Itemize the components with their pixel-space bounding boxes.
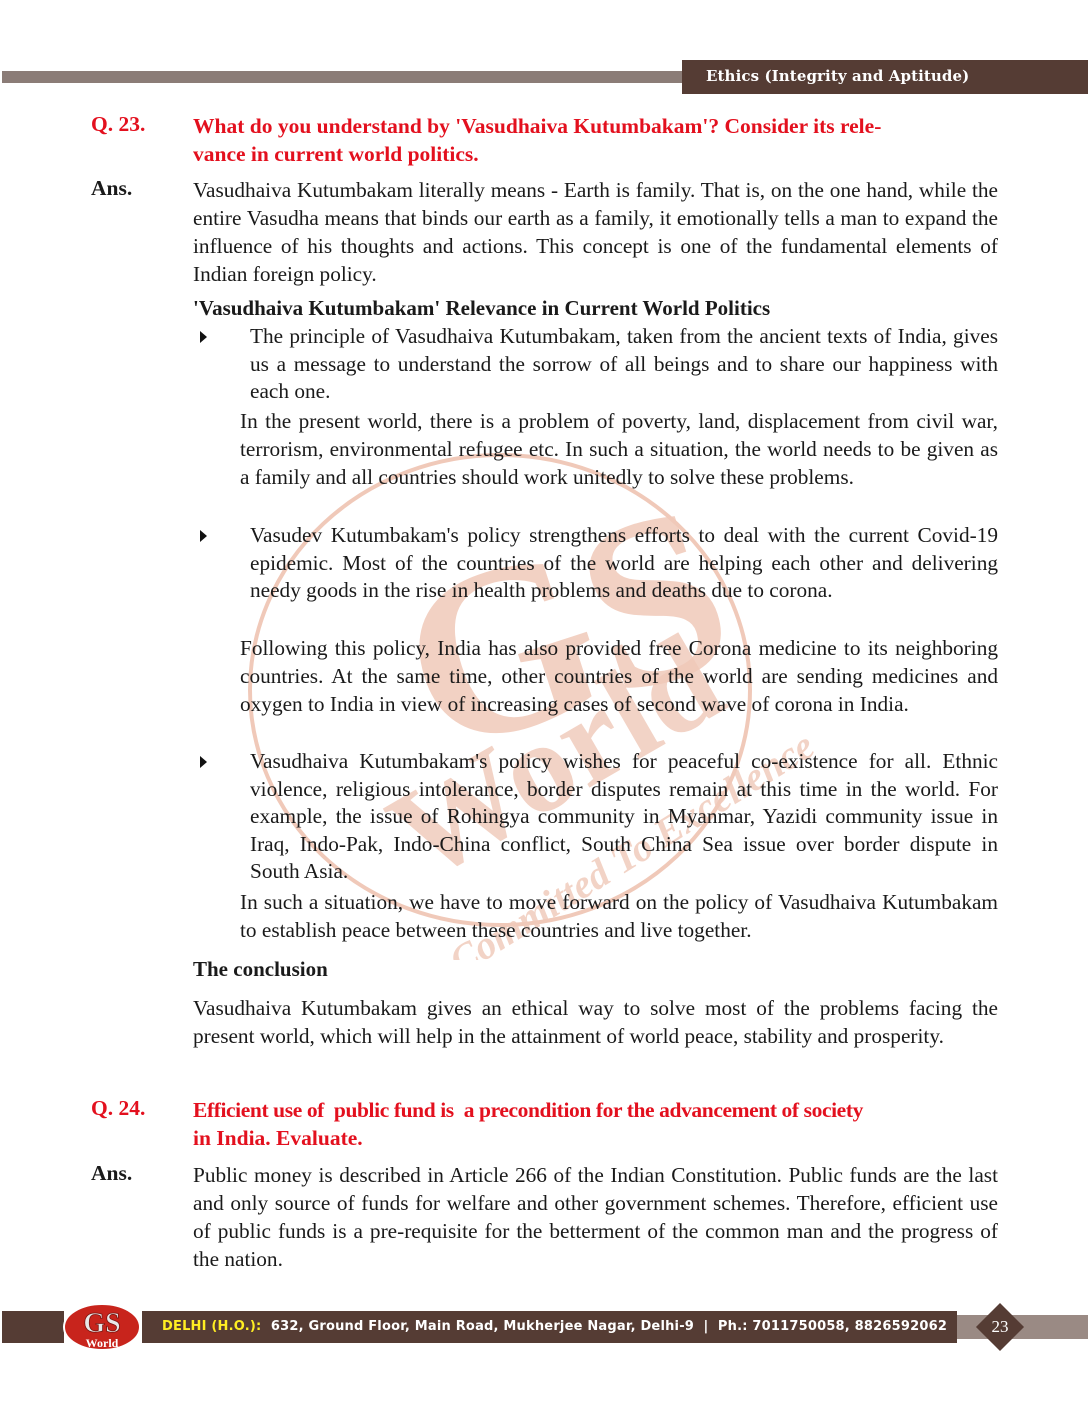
- footer-office-label: DELHI (H.O.):: [162, 1319, 261, 1334]
- page-number: 23: [975, 1302, 1025, 1352]
- conclusion-heading: The conclusion: [193, 957, 328, 982]
- triangle-right-icon: [200, 331, 207, 343]
- conclusion-text: Vasudhaiva Kutumbakam gives an ethical w…: [193, 994, 998, 1050]
- footer-address: DELHI (H.O.): 632, Ground Floor, Main Ro…: [162, 1319, 947, 1334]
- bullet-followup: In such a situation, we have to move for…: [240, 888, 998, 944]
- header-title-box: Ethics (Integrity and Aptitude): [682, 60, 1088, 94]
- section-heading: 'Vasudhaiva Kutumbakam' Relevance in Cur…: [193, 296, 770, 321]
- question-number: Q. 24.: [91, 1096, 145, 1121]
- triangle-right-icon: [200, 530, 207, 542]
- header-rule: [2, 71, 682, 83]
- question-text: Efficient use of public fund is a precon…: [193, 1096, 998, 1152]
- footer-address-text: 632, Ground Floor, Main Road, Mukherjee …: [271, 1319, 947, 1334]
- bullet-point: The principle of Vasudhaiva Kutumbakam, …: [250, 323, 998, 406]
- question-line: vance in current world politics.: [193, 140, 998, 168]
- gs-world-logo: GS World: [62, 1303, 142, 1351]
- question-line: in India. Evaluate.: [193, 1124, 998, 1152]
- answer-label: Ans.: [91, 1161, 132, 1186]
- footer-band-left: [2, 1311, 64, 1343]
- question-line: What do you understand by 'Vasudhaiva Ku…: [193, 112, 998, 140]
- question-text: What do you understand by 'Vasudhaiva Ku…: [193, 112, 998, 168]
- logo-world-text: World: [86, 1336, 119, 1350]
- answer-intro: Vasudhaiva Kutumbakam literally means - …: [193, 176, 998, 288]
- page-number-badge: 23: [975, 1302, 1025, 1352]
- question-line: Efficient use of public fund is a precon…: [193, 1096, 998, 1124]
- bullet-point: Vasudhaiva Kutumbakam's policy wishes fo…: [250, 748, 998, 886]
- logo-gs-text: GS: [83, 1308, 120, 1339]
- triangle-right-icon: [200, 756, 207, 768]
- question-number: Q. 23.: [91, 112, 145, 137]
- footer-address-band: DELHI (H.O.): 632, Ground Floor, Main Ro…: [142, 1311, 957, 1343]
- bullet-point: Vasudev Kutumbakam's policy strengthens …: [250, 522, 998, 605]
- answer-label: Ans.: [91, 176, 132, 201]
- header-title: Ethics (Integrity and Aptitude): [706, 67, 969, 85]
- bullet-followup: In the present world, there is a problem…: [240, 407, 998, 491]
- answer-text: Public money is described in Article 266…: [193, 1161, 998, 1273]
- bullet-followup: Following this policy, India has also pr…: [240, 634, 998, 718]
